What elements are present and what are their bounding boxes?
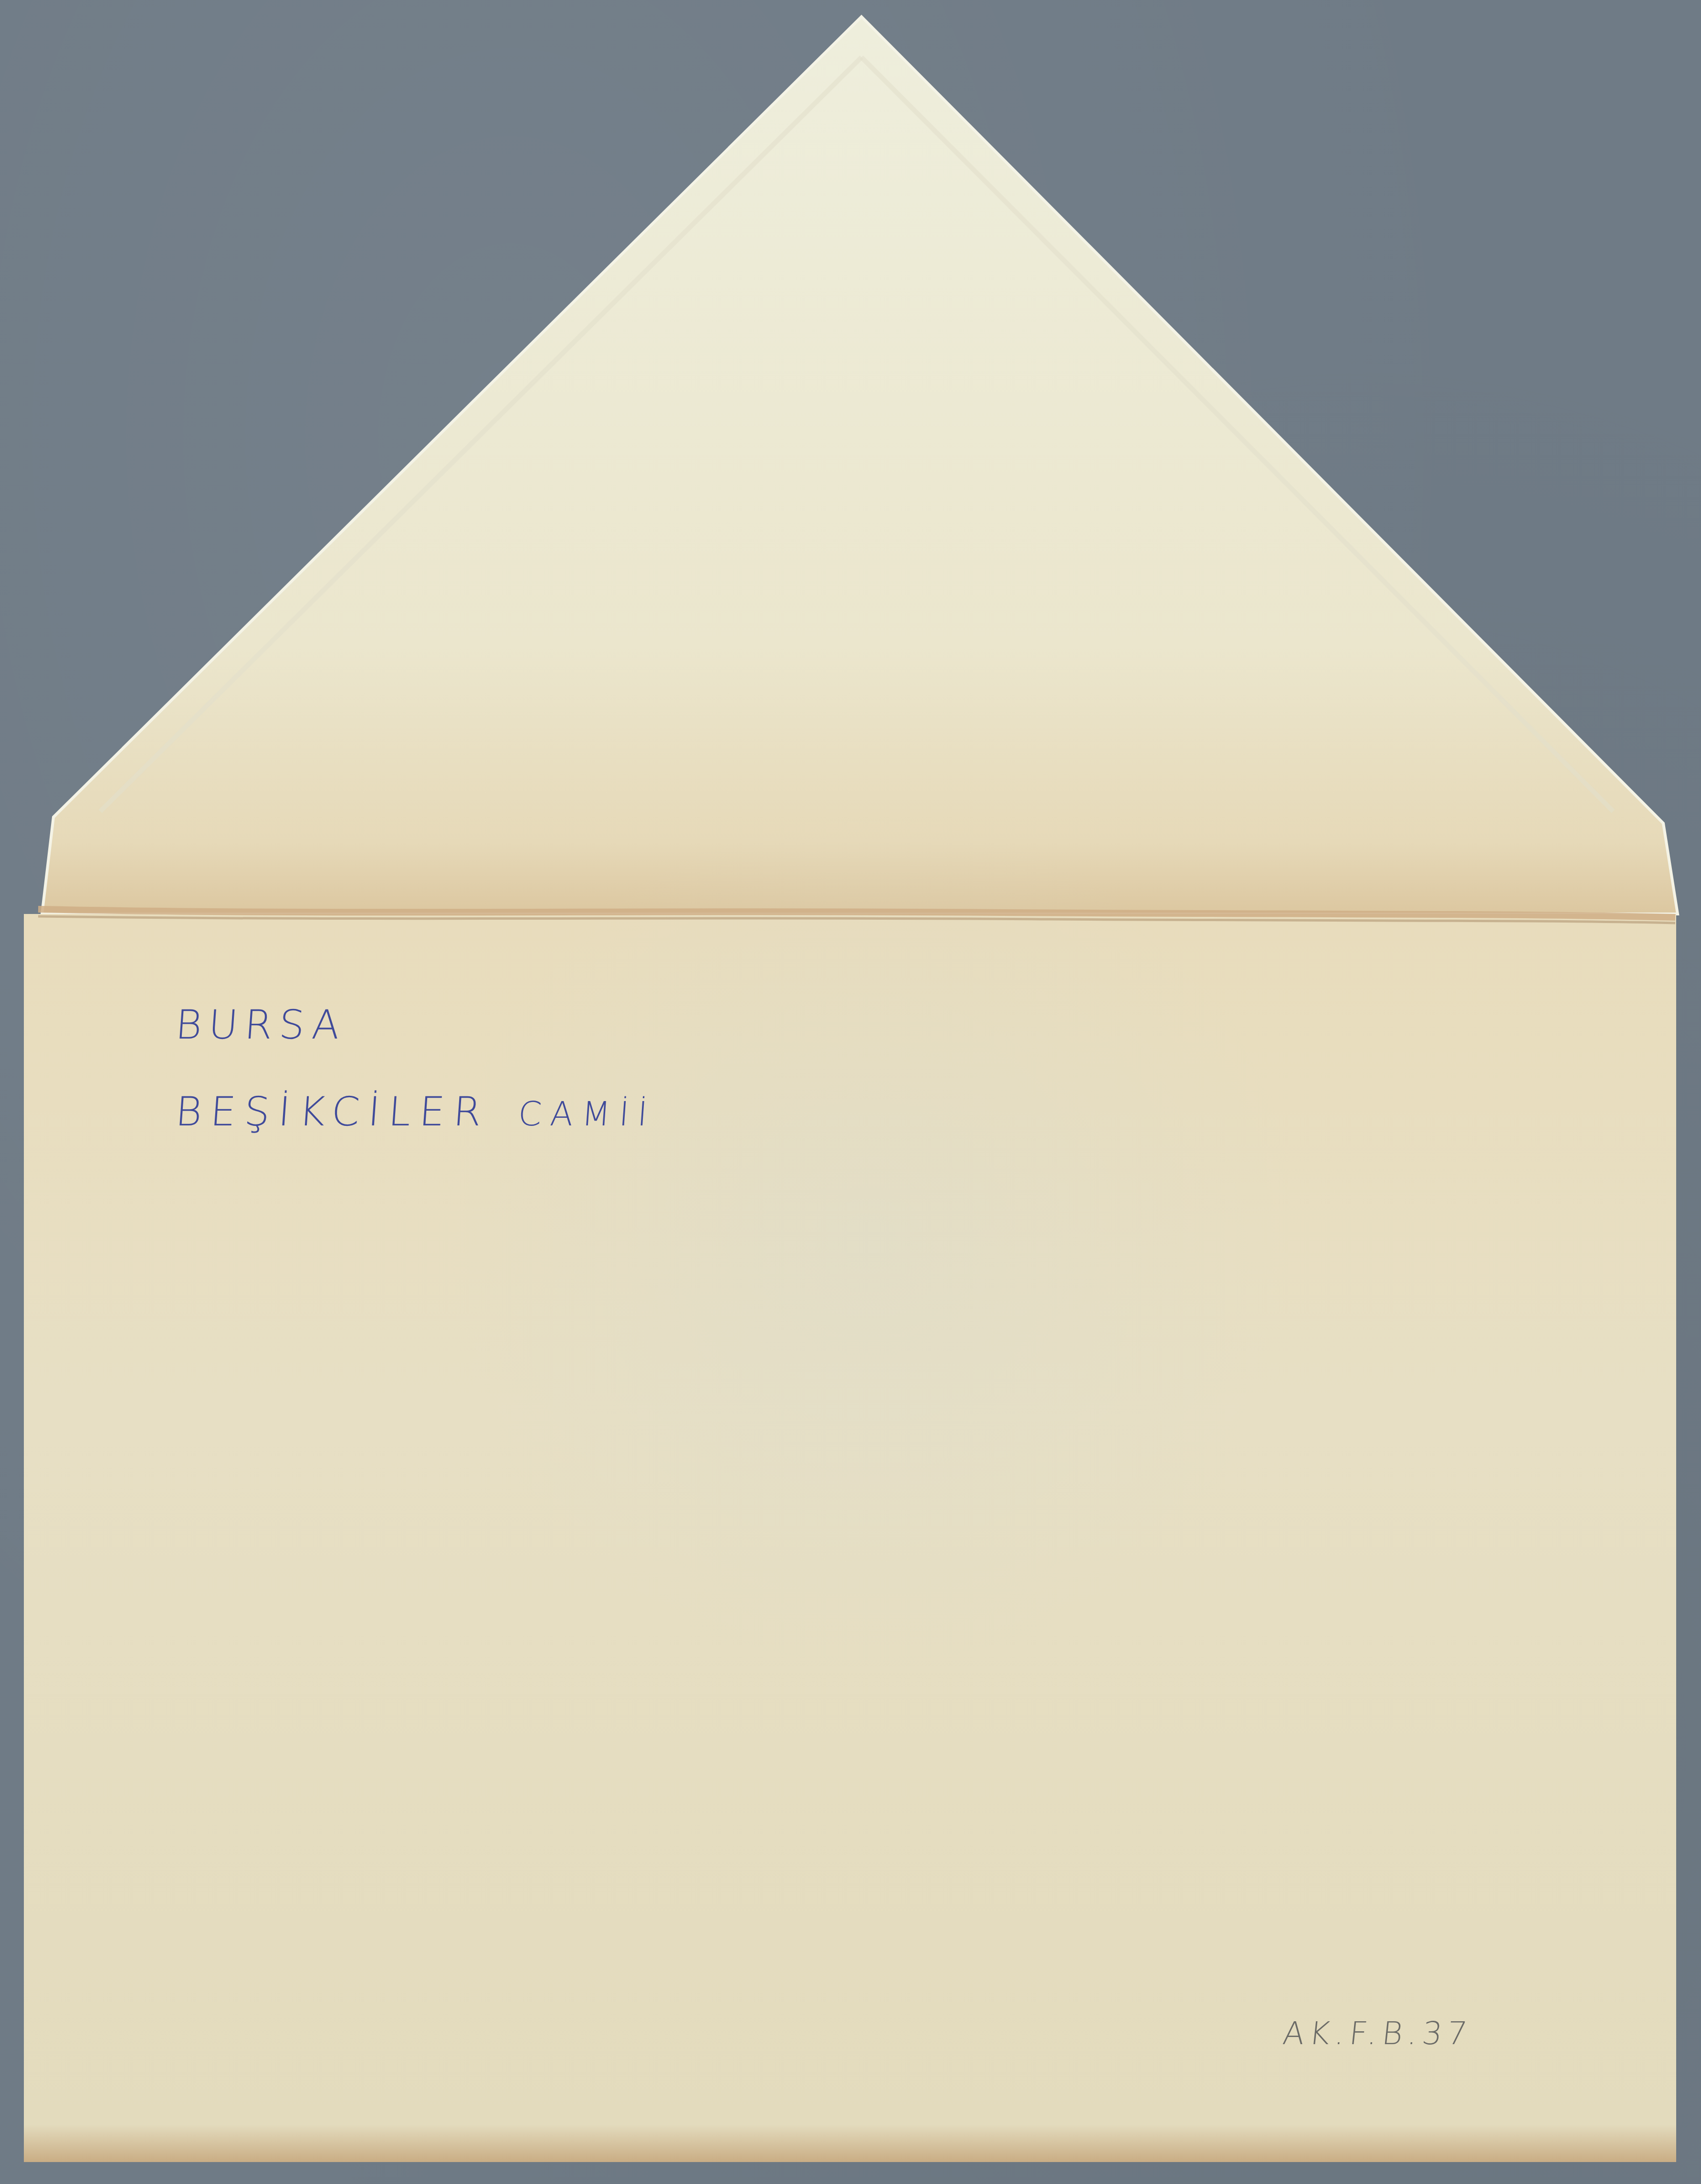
envelope-flap (42, 17, 1678, 914)
handwritten-city: BURSA (174, 1001, 348, 1048)
handwritten-subject: BEŞİKCİLERCAMİİ (174, 1088, 658, 1135)
catalog-number: AK.F.B.37 (1281, 2015, 1474, 2052)
handwritten-subject-word1: BEŞİKCİLER (174, 1088, 492, 1135)
handwritten-subject-word2: CAMİİ (517, 1094, 657, 1134)
